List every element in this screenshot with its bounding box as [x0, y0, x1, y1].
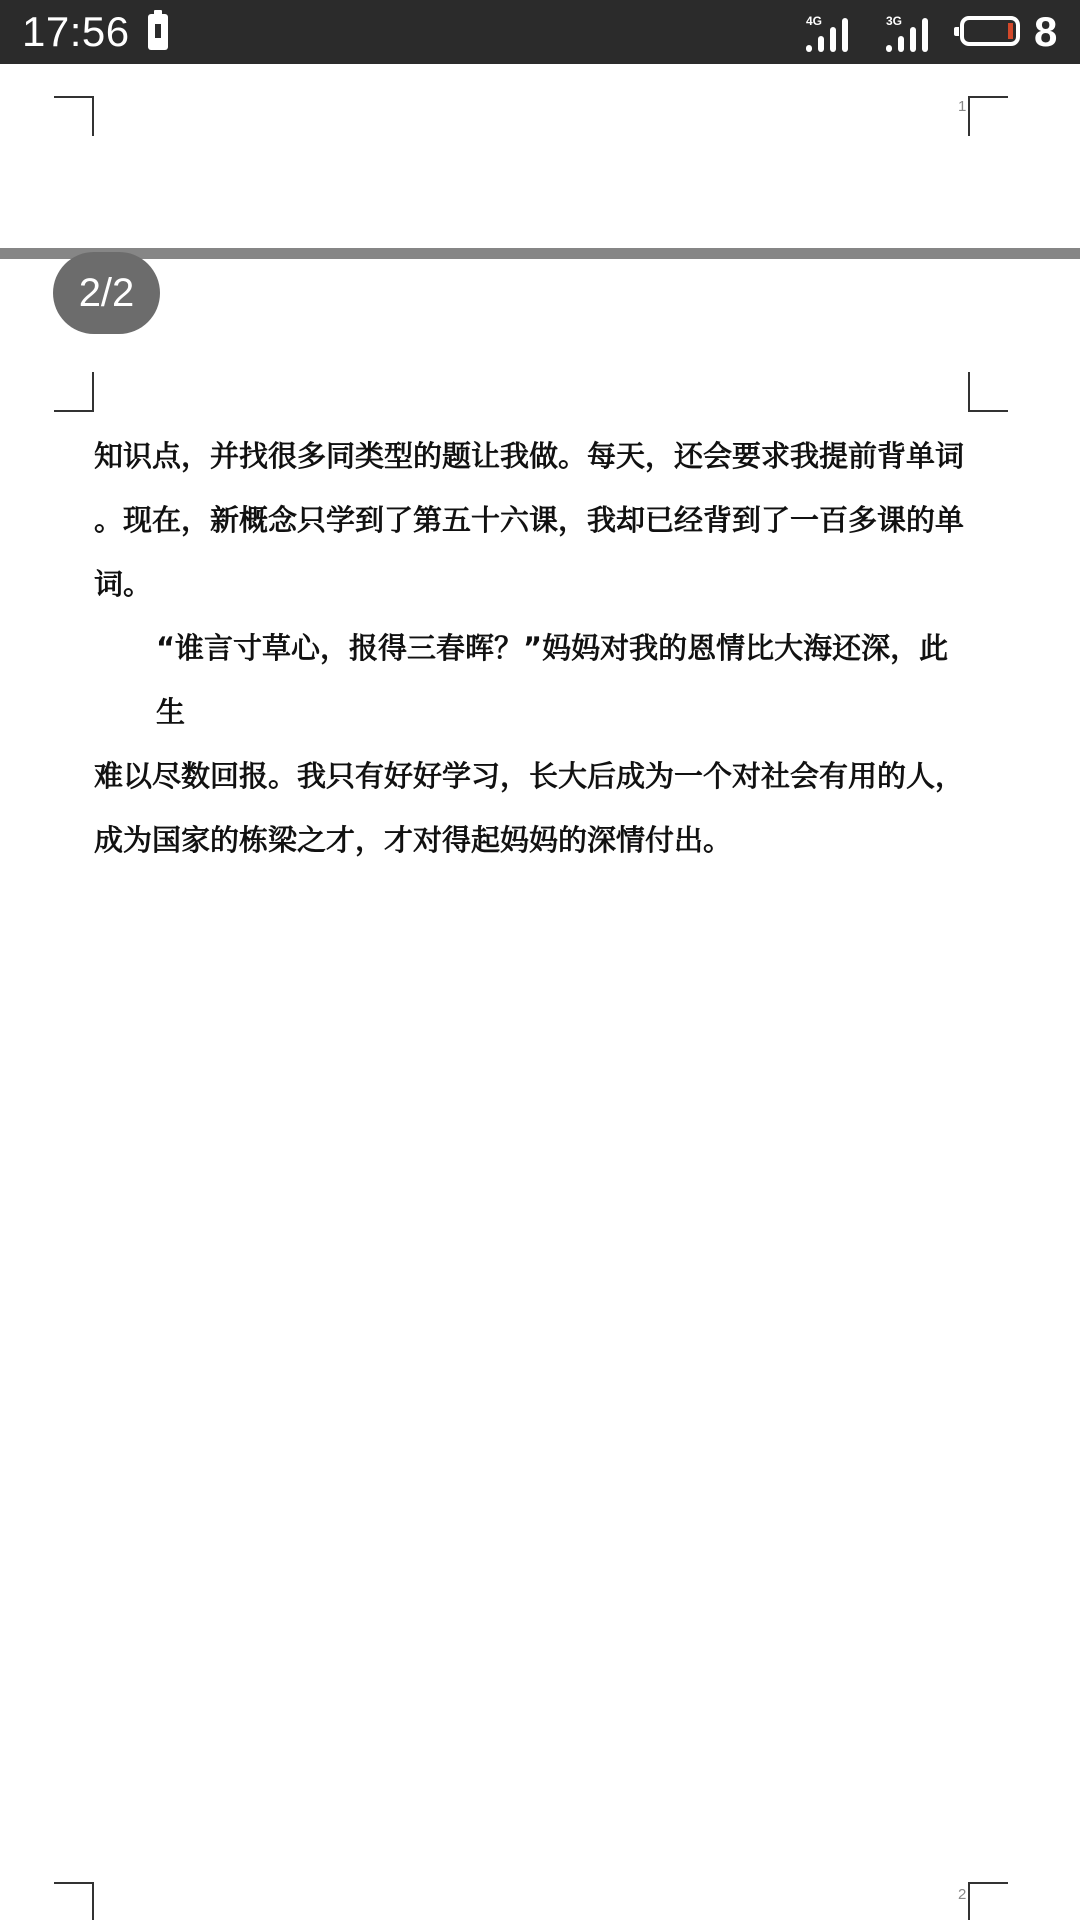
crop-mark-top-left [54, 96, 94, 136]
crop-mark-top-right [968, 96, 1008, 136]
battery-charging-icon [148, 14, 168, 50]
text-line: 难以尽数回报。我只有好好学习，长大后成为一个对社会有用的人， [94, 744, 964, 808]
text-line: 词。 [94, 552, 964, 616]
clock: 17:56 [22, 8, 130, 56]
battery-percentage: 8 [1034, 8, 1057, 56]
text-line: 。现在，新概念只学到了第五十六课，我却已经背到了一百多课的单 [94, 488, 964, 552]
text-line: 成为国家的栋梁之才，才对得起妈妈的深情付出。 [94, 808, 964, 872]
crop-mark-top-right [968, 1882, 1008, 1920]
page-divider [0, 248, 1080, 259]
signal-3g-icon: 3G [886, 14, 936, 52]
network-type-label: 4G [806, 14, 822, 28]
network-type-label: 3G [886, 14, 902, 28]
text-line: “谁言寸草心，报得三春晖？”妈妈对我的恩情比大海还深，此生 [94, 616, 964, 744]
paragraph: 知识点，并找很多同类型的题让我做。每天，还会要求我提前背单词 。现在，新概念只学… [94, 424, 964, 616]
page-indicator-badge: 2/2 [53, 252, 160, 334]
crop-mark-bottom-left [54, 372, 94, 412]
page-number: 2 [958, 1886, 966, 1903]
text-line: 知识点，并找很多同类型的题让我做。每天，还会要求我提前背单词 [94, 424, 964, 488]
document-body[interactable]: 知识点，并找很多同类型的题让我做。每天，还会要求我提前背单词 。现在，新概念只学… [94, 424, 964, 872]
signal-4g-icon: 4G [806, 14, 856, 52]
battery-low-icon [960, 16, 1020, 46]
page-number: 1 [958, 98, 966, 115]
crop-mark-bottom-right [968, 372, 1008, 412]
battery-level-indicator [1008, 23, 1013, 39]
paragraph: “谁言寸草心，报得三春晖？”妈妈对我的恩情比大海还深，此生 难以尽数回报。我只有… [94, 616, 964, 872]
crop-mark-top-left [54, 1882, 94, 1920]
status-bar: 17:56 4G 3G 8 [0, 0, 1080, 64]
